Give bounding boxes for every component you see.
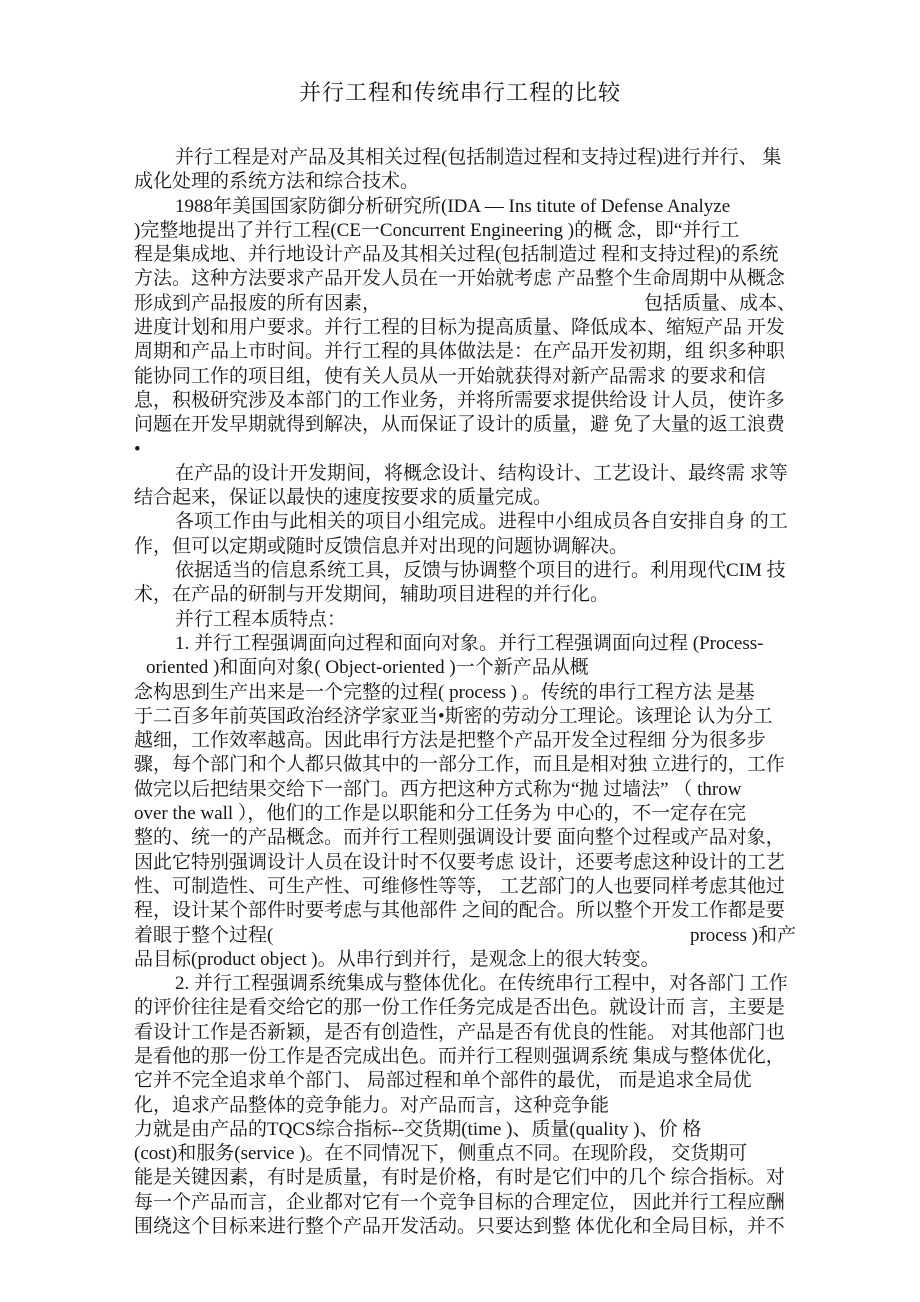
- text-line: 作，但可以定期或随时反馈信息并对出现的问题协调解决。: [134, 535, 796, 559]
- text-line: (cost)和服务(service )。在不同情况下，侧重点不同。在现阶段， 交…: [134, 1142, 796, 1166]
- text-line-left: 着眼于整个过程(: [134, 924, 273, 948]
- text-line: 越细，工作效率越高。因此串行方法是把整个产品开发全过程细 分为很多步: [134, 729, 796, 753]
- text-line: 它并不完全追求单个部门、 局部过程和单个部件的最优， 而是追求全局优: [134, 1069, 796, 1093]
- text-line: 各项工作由与此相关的项目小组完成。进程中小组成员各自安排自身 的工: [134, 510, 796, 534]
- text-line: 能是关键因素，有时是质量，有时是价格，有时是它们中的几个 综合指标。对: [134, 1166, 796, 1190]
- text-line: 念构思到生产出来是一个完整的过程( process ) 。传统的串行工程方法 是…: [134, 681, 796, 705]
- text-line: 在产品的设计开发期间，将概念设计、结构设计、工艺设计、最终需 求等: [134, 462, 796, 486]
- text-line: 能协同工作的项目组，使有关人员从一开始就获得对新产品需求 的要求和信: [134, 365, 796, 389]
- text-line: 骤，每个部门和个人都只做其中的一部分工作，而且是相对独 立进行的，工作: [134, 753, 796, 777]
- text-line: 整的、统一的产品概念。而并行工程则强调设计要 面向整个过程或产品对象，: [134, 826, 796, 850]
- text-line: 方法。这种方法要求产品开发人员在一开始就考虑 产品整个生命周期中从概念: [134, 267, 796, 291]
- text-line: 结合起来，保证以最快的速度按要求的质量完成。: [134, 486, 796, 510]
- text-line: over the wall ），他们的工作是以职能和分工任务为 中心的，不一定存…: [134, 802, 796, 826]
- text-line: 力就是由产品的TQCS综合指标--交货期(time )、质量(quality )…: [134, 1118, 796, 1142]
- text-line: 是看他的那一份工作是否完成出色。而并行工程则强调系统 集成与整体优化，: [134, 1045, 796, 1069]
- text-line: 化，追求产品整体的竞争能力。对产品而言，这种竞争能: [134, 1094, 796, 1118]
- text-line: 进度计划和用户要求。并行工程的目标为提高质量、降低成本、缩短产品 开发: [134, 316, 796, 340]
- document-page: 并行工程和传统串行工程的比较 并行工程是对产品及其相关过程(包括制造过程和支持过…: [0, 0, 920, 1302]
- text-line: •: [134, 438, 796, 462]
- text-line: 依据适当的信息系统工具，反馈与协调整个项目的进行。利用现代CIM 技: [134, 559, 796, 583]
- text-line-right: process )和产: [690, 924, 796, 948]
- text-line: oriented )和面向对象( Object-oriented )一个新产品从…: [134, 656, 796, 680]
- text-line: 品目标(product object )。从串行到并行，是观念上的很大转变。: [134, 948, 796, 972]
- text-line: 看设计工作是否新颖，是否有创造性，产品是否有优良的性能。 对其他部门也: [134, 1021, 796, 1045]
- text-line: 性、可制造性、可生产性、可维修性等等， 工艺部门的人也要同样考虑其他过: [134, 875, 796, 899]
- text-line-left: 形成到产品报废的所有因素，: [134, 292, 381, 316]
- text-line: 的评价往往是看交给它的那一份工作任务完成是否出色。就设计而 言，主要是: [134, 996, 796, 1020]
- body-text: 并行工程是对产品及其相关过程(包括制造过程和支持过程)进行并行、 集成化处理的系…: [134, 146, 796, 1239]
- text-line: 周期和产品上市时间。并行工程的具体做法是：在产品开发初期，组 织多种职: [134, 340, 796, 364]
- text-line: 着眼于整个过程(process )和产: [134, 924, 796, 948]
- text-line: 每一个产品而言，企业都对它有一个竞争目标的合理定位， 因此并行工程应酬: [134, 1191, 796, 1215]
- text-line: )完整地提出了并行工程(CE一Concurrent Engineering )的…: [134, 219, 796, 243]
- text-line: 因此它特别强调设计人员在设计时不仅要考虑 设计，还要考虑这种设计的工艺: [134, 851, 796, 875]
- text-line: 并行工程是对产品及其相关过程(包括制造过程和支持过程)进行并行、 集: [134, 146, 796, 170]
- text-line: 程，设计某个部件时要考虑与其他部件 之间的配合。所以整个开发工作都是要: [134, 899, 796, 923]
- text-line: 问题在开发早期就得到解决，从而保证了设计的质量，避 免了大量的返工浪费: [134, 413, 796, 437]
- text-line: 于二百多年前英国政治经济学家亚当•斯密的劳动分工理论。该理论 认为分工: [134, 705, 796, 729]
- text-line-right: 包括质量、成本、: [644, 292, 796, 316]
- text-line: 术，在产品的研制与开发期间，辅助项目进程的并行化。: [134, 583, 796, 607]
- text-line: 息，积极研究涉及本部门的工作业务，并将所需要求提供给设 计人员，使许多: [134, 389, 796, 413]
- text-line: 程是集成地、并行地设计产品及其相关过程(包括制造过 程和支持过程)的系统: [134, 243, 796, 267]
- text-line: 1988年美国国家防御分析研究所(IDA — Ins titute of Def…: [134, 195, 796, 219]
- text-line: 并行工程本质特点：: [134, 608, 796, 632]
- page-title: 并行工程和传统串行工程的比较: [0, 80, 920, 106]
- text-line: 做完以后把结果交给下一部门。西方把这种方式称为“抛 过墙法” （ throw: [134, 778, 796, 802]
- text-line: 1. 并行工程强调面向过程和面向对象。并行工程强调面向过程 (Process-: [134, 632, 796, 656]
- text-line: 围绕这个目标来进行整个产品开发活动。只要达到整 体优化和全局目标，并不: [134, 1215, 796, 1239]
- text-line: 2. 并行工程强调系统集成与整体优化。在传统串行工程中，对各部门 工作: [134, 972, 796, 996]
- text-line: 形成到产品报废的所有因素，包括质量、成本、: [134, 292, 796, 316]
- text-line: 成化处理的系统方法和综合技术。: [134, 170, 796, 194]
